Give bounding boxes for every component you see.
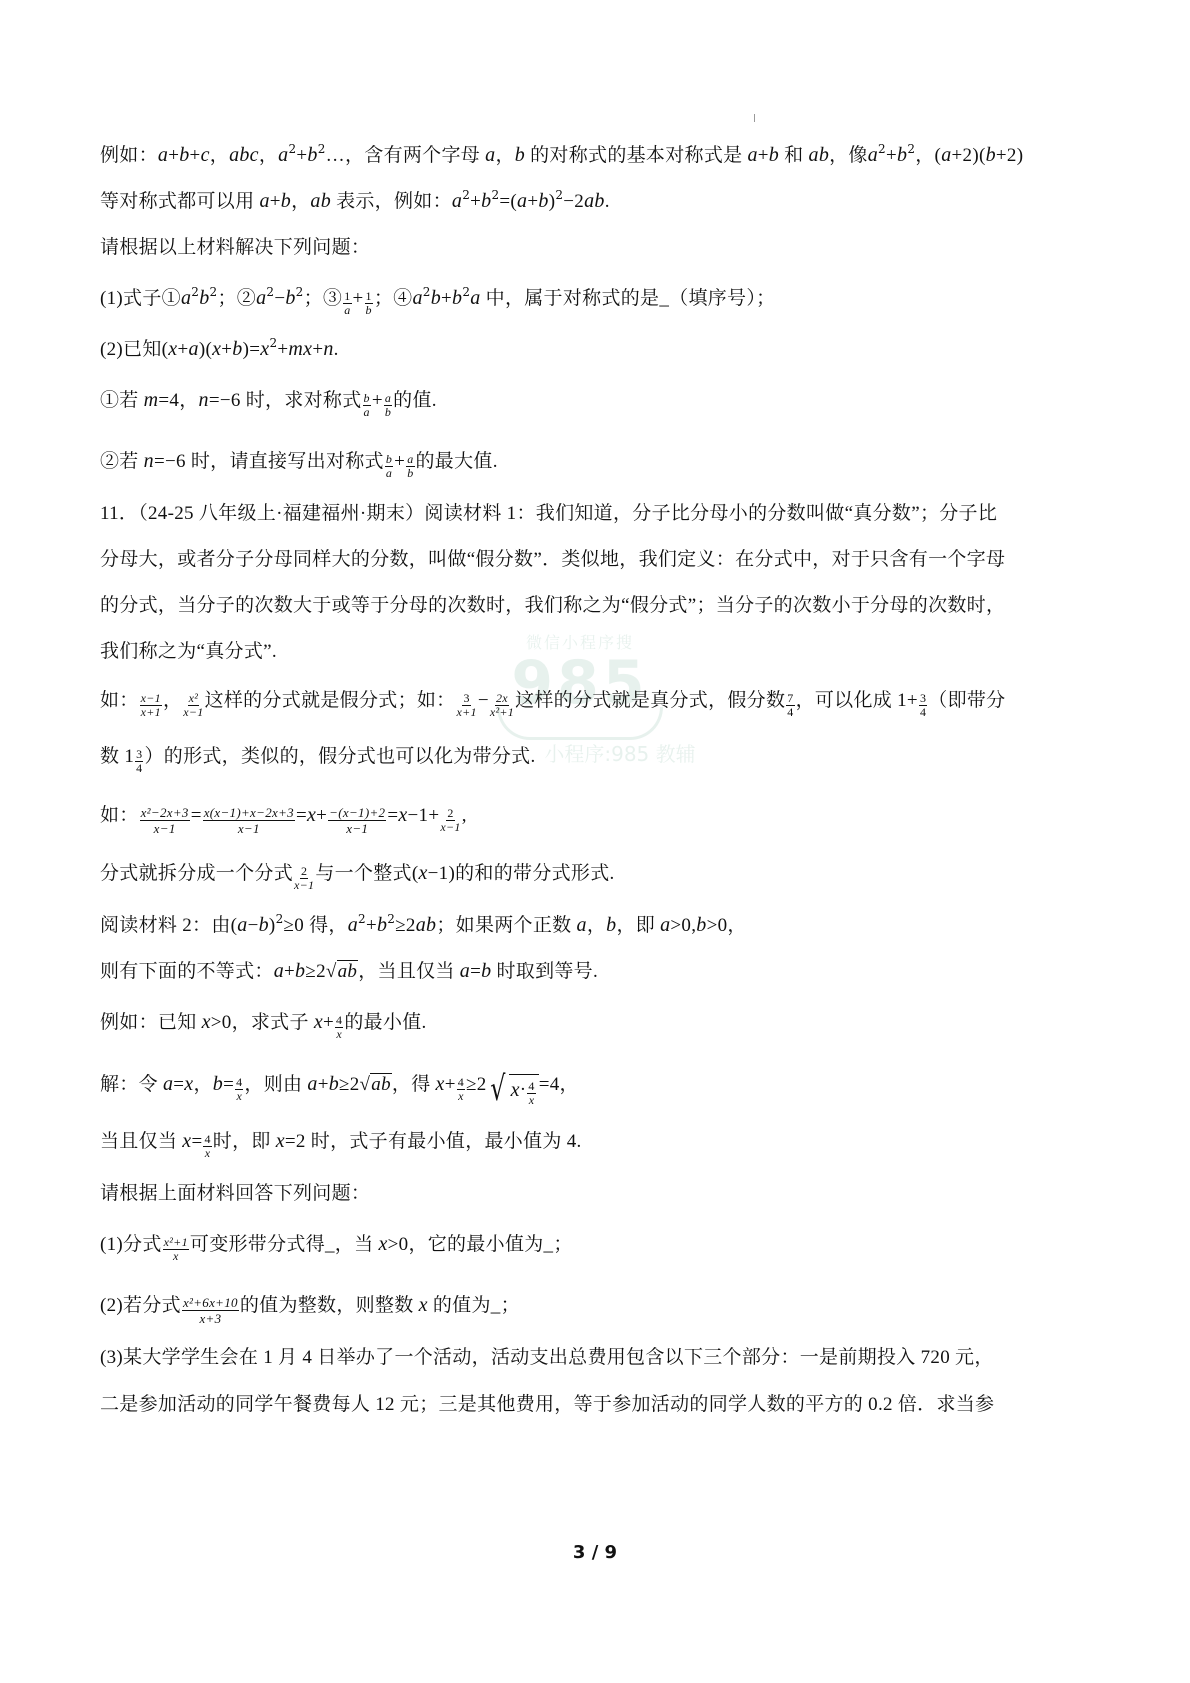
square-root: √x· 4x	[487, 1072, 539, 1106]
math-variable: b	[213, 1073, 223, 1095]
text: 时取到等号.	[491, 961, 598, 982]
text-line-q11-part1: (1)分式x²+1x可变形带分式得_，当 x>0，它的最小值为_；	[100, 1229, 1100, 1260]
numerator: −(x−1)+2	[328, 805, 386, 821]
math-variable: a	[577, 914, 587, 936]
math-variable: a	[412, 287, 422, 309]
math-variable: b	[431, 287, 441, 309]
text: +	[316, 805, 327, 826]
numerator: 4	[335, 1014, 343, 1028]
text: ）的形式，类似的，假分式也可以化为带分式.	[144, 746, 535, 767]
math-variable: b	[481, 190, 491, 212]
text: +	[190, 145, 201, 166]
denominator: 4	[920, 706, 926, 719]
radicand: ab	[370, 1073, 392, 1095]
text: ≥0 得，	[284, 915, 348, 936]
text: )(	[199, 339, 212, 360]
numerator: b	[385, 453, 393, 467]
denominator: x	[173, 1250, 179, 1263]
square-root: √ab	[360, 1070, 392, 1100]
text: +	[284, 961, 295, 982]
text: ，	[193, 1074, 212, 1095]
numerator: x−1	[140, 692, 162, 706]
text: ，	[163, 690, 182, 711]
text: ①若	[100, 390, 144, 411]
math-variable: b	[259, 914, 269, 936]
text: ，则由	[244, 1074, 307, 1095]
text: −1+	[408, 805, 440, 826]
text: ≥2	[395, 915, 416, 936]
text: 请根据上面材料回答下列问题：	[100, 1183, 370, 1204]
exponent: 2	[296, 285, 304, 299]
math-variable: b	[281, 190, 291, 212]
text: +	[758, 145, 769, 166]
text: =	[470, 961, 481, 982]
text: 这样的分式就是真分式，假分数	[515, 690, 785, 711]
text: +2)	[996, 145, 1023, 166]
text: +	[277, 339, 288, 360]
math-variable: b	[481, 960, 491, 982]
fraction: x²+1x	[163, 1236, 189, 1263]
text: +	[270, 191, 281, 212]
math-variable: ab	[416, 914, 437, 936]
text: −	[478, 690, 489, 711]
text: ·	[520, 1075, 527, 1105]
text: ≥2	[305, 961, 326, 982]
denominator: x−1	[294, 879, 314, 892]
math-variable: a	[189, 338, 199, 360]
text: +	[312, 339, 323, 360]
text: ≥2	[339, 1074, 360, 1095]
text: =	[296, 805, 307, 826]
text: .	[334, 339, 339, 360]
fraction: 1b	[365, 290, 373, 317]
math-variable: b	[897, 144, 907, 166]
text: 的对称式的基本对称式是	[525, 145, 747, 166]
math-variable: n	[144, 450, 154, 472]
text: +	[366, 915, 377, 936]
math-variable: ab	[584, 190, 605, 212]
text: 等对称式都可以用	[100, 191, 259, 212]
denominator: a	[386, 467, 392, 480]
text: 二是参加活动的同学午餐费每人 12 元；三是其他费用，等于参加活动的同学人数的平…	[100, 1394, 994, 1415]
math-variable: x	[419, 1294, 428, 1316]
fraction: 4x	[335, 1014, 343, 1041]
text: +	[441, 288, 452, 309]
text: 则有下面的不等式：	[100, 961, 274, 982]
text-line-q11-intro-2: 分母大，或者分子分母同样大的分数，叫做“假分数”．类似地，我们定义：在分式中，对…	[100, 544, 1100, 575]
fraction: ab	[406, 453, 414, 480]
numerator: 4	[527, 1080, 535, 1094]
text: ，	[587, 915, 606, 936]
text: 分式就拆分成一个分式	[100, 863, 293, 884]
text: =−6 时，请直接写出对称式	[154, 451, 384, 472]
fraction: x−1x+1	[140, 692, 162, 719]
math-variable: b	[538, 190, 548, 212]
math-variable: mx	[288, 338, 312, 360]
math-variable: b	[232, 338, 242, 360]
text: ，	[291, 191, 310, 212]
fraction: 74	[786, 692, 794, 719]
text: −	[248, 915, 259, 936]
text: =4，	[158, 390, 198, 411]
math-variable: b	[452, 287, 462, 309]
radicand: x· 4x	[509, 1074, 539, 1105]
math-variable: x	[212, 338, 221, 360]
text: 例如：	[100, 145, 158, 166]
text: =−6 时，求对称式	[209, 390, 362, 411]
text: (2)若分式	[100, 1295, 181, 1316]
text: 时，即	[213, 1131, 276, 1152]
text: +	[470, 191, 481, 212]
text: (1)分式	[100, 1234, 162, 1255]
math-variable: a	[660, 914, 670, 936]
fraction: x²−2x+3x−1	[140, 805, 190, 836]
text: 分母大，或者分子分母同样大的分数，叫做“假分数”．类似地，我们定义：在分式中，对…	[100, 549, 1005, 570]
text-line-q11-intro-4: 我们称之为“真分式”.	[100, 636, 1100, 667]
text: 阅读材料 2：由(	[100, 915, 237, 936]
text: )	[269, 915, 276, 936]
text-line-q11-part2: (2)若分式x²+6x+10x+3的值为整数，则整数 x 的值为_；	[100, 1290, 1100, 1322]
text: ，	[495, 145, 514, 166]
exponent: 2	[462, 188, 470, 202]
numerator: 4	[235, 1076, 243, 1090]
text: 的最大值.	[416, 451, 498, 472]
text-line-q11-intro-3: 的分式，当分子的次数大于或等于分母的次数时，我们称之为“假分式”；当分子的次数小…	[100, 590, 1100, 621]
text: )=	[243, 339, 261, 360]
text-line-q10-part1: (1)式子①a2b2；②a2−b2；③1a+1b；④a2b+b2a 中，属于对称…	[100, 283, 1100, 314]
text: +	[318, 1074, 329, 1095]
denominator: x+3	[199, 1311, 221, 1326]
text: >0，求式子	[211, 1012, 314, 1033]
math-variable: n	[199, 389, 209, 411]
exponent: 2	[387, 912, 395, 926]
text-line-q11-derivation: 如：x²−2x+3x−1=x(x−1)+x−2x+3x−1=x+−(x−1)+2…	[100, 800, 1100, 832]
fraction: 4x	[203, 1133, 211, 1160]
text: 的分式，当分子的次数大于或等于分母的次数时，我们称之为“假分式”；当分子的次数小…	[100, 595, 1005, 616]
text: +	[353, 288, 364, 309]
numerator: x²−2x+3	[140, 805, 190, 821]
denominator: x−1	[183, 706, 203, 719]
text: 中，属于对称式的是_（填序号）；	[481, 288, 776, 309]
fraction: 2x−1	[440, 807, 460, 834]
radicand: ab	[337, 960, 359, 982]
text-line-instruction-2: 请根据上面材料回答下列问题：	[100, 1178, 1100, 1209]
exponent: 2	[318, 142, 326, 156]
fraction: ab	[384, 392, 392, 419]
math-variable: b	[329, 1073, 339, 1095]
text-line-material2-1: 阅读材料 2：由(a−b)2≥0 得，a2+b2≥2ab；如果两个正数 a，b，…	[100, 910, 1100, 941]
math-variable: x	[511, 1075, 520, 1105]
fraction: 34	[135, 748, 143, 775]
math-variable: a	[181, 287, 191, 309]
math-variable: a	[452, 190, 462, 212]
math-variable: x	[378, 1233, 387, 1255]
text: 如：	[100, 690, 139, 711]
text: 的值.	[393, 390, 437, 411]
text: 与一个整式(	[315, 863, 418, 884]
math-variable: a	[348, 914, 358, 936]
text: ，(	[915, 145, 941, 166]
math-variable: m	[144, 389, 159, 411]
math-variable: x	[436, 1073, 445, 1095]
text: −2	[563, 191, 584, 212]
text-line-q11-mixed: 数 134）的形式，类似的，假分式也可以化为带分式.	[100, 741, 1100, 772]
denominator: x−1	[346, 821, 368, 836]
text-line-q10-part2-sub1: ①若 m=4，n=−6 时，求对称式ba+ab的值.	[100, 385, 1100, 416]
denominator: x+1	[456, 706, 476, 719]
text: ，即	[616, 915, 660, 936]
text: 的最小值.	[344, 1012, 426, 1033]
math-variable: b	[199, 287, 209, 309]
text: +	[445, 1074, 456, 1095]
text: ，	[210, 145, 229, 166]
math-variable: a	[158, 144, 168, 166]
page-mark	[754, 114, 755, 122]
exponent: 2	[358, 912, 366, 926]
text: .	[605, 191, 610, 212]
text-line-material2-conclusion: 当且仅当 x=4x时，即 x=2 时，式子有最小值，最小值为 4.	[100, 1126, 1100, 1157]
math-variable: b	[179, 144, 189, 166]
denominator: b	[366, 304, 372, 317]
fraction: x²x−1	[183, 692, 203, 719]
denominator: x−1	[154, 821, 176, 836]
math-variable: a	[460, 960, 470, 982]
text: 的值为整数，则整数	[240, 1295, 419, 1316]
denominator: a	[364, 406, 370, 419]
math-variable: abc	[229, 144, 259, 166]
text: =4，	[539, 1074, 579, 1095]
math-variable: x	[307, 804, 316, 826]
denominator: b	[407, 467, 413, 480]
text: +2)(	[952, 145, 986, 166]
denominator: 4	[136, 762, 142, 775]
math-variable: a	[747, 144, 757, 166]
numerator: a	[406, 453, 414, 467]
numerator: 2	[446, 807, 454, 821]
math-variable: a	[163, 1073, 173, 1095]
numerator: 2	[300, 865, 308, 879]
fraction: 2x−1	[294, 865, 314, 892]
numerator: x²+1	[163, 1236, 189, 1250]
math-variable: a	[256, 287, 266, 309]
text: ，得	[392, 1074, 436, 1095]
text: (2)已知(	[100, 339, 168, 360]
denominator: x²+1	[490, 706, 514, 719]
math-variable: n	[323, 338, 333, 360]
exponent: 2	[423, 285, 431, 299]
math-variable: b	[515, 144, 525, 166]
radical-sign: √	[326, 961, 337, 982]
text: 数 1	[100, 746, 134, 767]
text: =(	[499, 191, 517, 212]
text: (3)某大学学生会在 1 月 4 日举办了一个活动，活动支出总费用包含以下三个部…	[100, 1347, 994, 1368]
text: >0，它的最小值为_；	[388, 1234, 573, 1255]
denominator: x−1	[440, 821, 460, 834]
math-variable: x	[276, 1130, 285, 1152]
text-line-example-symmetric: 例如：a+b+c，abc，a2+b2…，含有两个字母 a，b 的对称式的基本对称…	[100, 140, 1100, 171]
text-line-example-expressed: 等对称式都可以用 a+b，ab 表示，例如：a2+b2=(a+b)2−2ab.	[100, 186, 1100, 217]
text-line-q10-part2: (2)已知(x+a)(x+b)=x2+mx+n.	[100, 334, 1100, 365]
text: ；③	[304, 288, 343, 309]
fraction: x(x−1)+x−2x+3x−1	[203, 805, 295, 836]
radical-sign: √	[360, 1074, 371, 1095]
denominator: x	[458, 1090, 464, 1103]
text: ②若	[100, 451, 144, 472]
math-variable: a	[941, 144, 951, 166]
text-line-material2-example: 例如：已知 x>0，求式子 x+4x的最小值.	[100, 1007, 1100, 1038]
exponent: 2	[878, 142, 886, 156]
text: >0,	[670, 915, 696, 936]
text: +	[296, 145, 307, 166]
text: ，当且仅当	[358, 961, 460, 982]
math-variable: a	[470, 287, 480, 309]
fraction: 4x	[527, 1080, 535, 1107]
text: =	[173, 1074, 184, 1095]
text: 我们称之为“真分式”.	[100, 641, 277, 662]
text: =	[191, 1131, 202, 1152]
math-variable: b	[295, 960, 305, 982]
text: ,	[462, 805, 467, 826]
math-variable: b	[986, 144, 996, 166]
numerator: 3	[462, 692, 470, 706]
text: =	[387, 805, 398, 826]
denominator: x	[529, 1094, 535, 1107]
text-line-q11-split: 分式就拆分成一个分式2x−1与一个整式(x−1)的和的带分式形式.	[100, 858, 1100, 889]
fraction: 4x	[235, 1076, 243, 1103]
text: +	[168, 145, 179, 166]
document-page: 微信小程序搜 985 小程序:985 教辅 例如：a+b+c，abc，a2+b2…	[0, 0, 1190, 1683]
denominator: a	[344, 304, 350, 317]
math-variable: x	[418, 862, 427, 884]
numerator: a	[384, 392, 392, 406]
math-variable: c	[201, 144, 210, 166]
text: 例如：已知	[100, 1012, 202, 1033]
denominator: 4	[787, 706, 793, 719]
text: +	[527, 191, 538, 212]
denominator: x	[205, 1147, 211, 1160]
math-variable: b	[285, 287, 295, 309]
text: =2 时，式子有最小值，最小值为 4.	[285, 1131, 582, 1152]
text: ，像	[829, 145, 868, 166]
text: 和	[779, 145, 808, 166]
fraction: ba	[385, 453, 393, 480]
fraction: ba	[363, 392, 371, 419]
numerator: 7	[786, 692, 794, 706]
text: 11．（24-25 八年级上·福建福州·期末）阅读材料 1：我们知道，分子比分母…	[100, 503, 997, 524]
denominator: x+1	[141, 706, 161, 719]
math-variable: b	[307, 144, 317, 166]
fraction: 1a	[343, 290, 351, 317]
text: 请根据以上材料解决下列问题：	[100, 237, 370, 258]
text-line-q11-part3-2: 二是参加活动的同学午餐费每人 12 元；三是其他费用，等于参加活动的同学人数的平…	[100, 1389, 1100, 1420]
fraction: x²+6x+10x+3	[182, 1295, 239, 1326]
text-line-instruction-1: 请根据以上材料解决下列问题：	[100, 232, 1100, 263]
math-variable: a	[278, 144, 288, 166]
denominator: b	[385, 406, 391, 419]
numerator: x²+6x+10	[182, 1295, 239, 1311]
numerator: 3	[135, 748, 143, 762]
numerator: 1	[343, 290, 351, 304]
math-variable: ab	[310, 190, 331, 212]
text-line-q11-part3-1: (3)某大学学生会在 1 月 4 日举办了一个活动，活动支出总费用包含以下三个部…	[100, 1342, 1100, 1373]
math-variable: x	[398, 804, 407, 826]
text: +	[221, 339, 232, 360]
square-root: √ab	[326, 957, 358, 987]
numerator: 3	[919, 692, 927, 706]
text: =	[223, 1074, 234, 1095]
text-line-q11-intro-1: 11．（24-25 八年级上·福建福州·期末）阅读材料 1：我们知道，分子比分母…	[100, 498, 1100, 529]
numerator: 4	[203, 1133, 211, 1147]
text: ；②	[217, 288, 256, 309]
text: +	[177, 339, 188, 360]
text-line-q11-examples: 如：x−1x+1，x²x−1这样的分式就是假分式；如：3x+1−2xx²+1这样…	[100, 685, 1100, 716]
text: +	[323, 1012, 334, 1033]
text: 的值为_；	[428, 1295, 520, 1316]
fraction: 3x+1	[456, 692, 476, 719]
page-number: 3 / 9	[0, 1542, 1190, 1563]
text: ，可以化成 1+	[796, 690, 918, 711]
numerator: 2x	[495, 692, 509, 706]
math-variable: ab	[809, 144, 830, 166]
fraction: 34	[919, 692, 927, 719]
radical-sign: √	[490, 1072, 505, 1106]
text: =	[191, 805, 202, 826]
fraction: 4x	[457, 1076, 465, 1103]
text: +	[372, 390, 383, 411]
text: 表示，例如：	[331, 191, 452, 212]
text: +	[886, 145, 897, 166]
text: ；④	[374, 288, 413, 309]
text: ；如果两个正数	[436, 915, 576, 936]
fraction: 2xx²+1	[490, 692, 514, 719]
math-variable: b	[377, 914, 387, 936]
text-line-material2-2: 则有下面的不等式：a+b≥2√ab，当且仅当 a=b 时取到等号.	[100, 956, 1100, 987]
denominator: x	[336, 1028, 342, 1041]
numerator: x(x−1)+x−2x+3	[203, 805, 295, 821]
text: …，含有两个字母	[326, 145, 485, 166]
text: 如：	[100, 805, 139, 826]
math-variable: a	[517, 190, 527, 212]
math-variable: a	[307, 1073, 317, 1095]
text: −	[274, 288, 285, 309]
text: (1)式子①	[100, 288, 181, 309]
denominator: x	[236, 1090, 242, 1103]
text: ≥2	[466, 1074, 487, 1095]
text: −1)的和的带分式形式.	[428, 863, 615, 884]
text: 当且仅当	[100, 1131, 182, 1152]
numerator: 4	[457, 1076, 465, 1090]
text: 解：令	[100, 1074, 163, 1095]
text-line-q10-part2-sub2: ②若 n=−6 时，请直接写出对称式ba+ab的最大值.	[100, 446, 1100, 477]
math-variable: a	[259, 190, 269, 212]
math-variable: a	[237, 914, 247, 936]
text-line-material2-solution: 解：令 a=x，b=4x，则由 a+b≥2√ab，得 x+4x≥2√x· 4x=…	[100, 1068, 1100, 1102]
text: （即带分	[928, 690, 1005, 711]
math-variable: a	[485, 144, 495, 166]
math-variable: b	[769, 144, 779, 166]
exponent: 2	[276, 912, 284, 926]
math-variable: x	[202, 1011, 211, 1033]
numerator: 1	[365, 290, 373, 304]
math-variable: x	[314, 1011, 323, 1033]
math-variable: a	[274, 960, 284, 982]
fraction: −(x−1)+2x−1	[328, 805, 386, 836]
text: >0，	[707, 915, 747, 936]
math-variable: b	[606, 914, 616, 936]
text: ，	[259, 145, 278, 166]
numerator: x²	[188, 692, 200, 706]
math-variable: b	[696, 914, 706, 936]
